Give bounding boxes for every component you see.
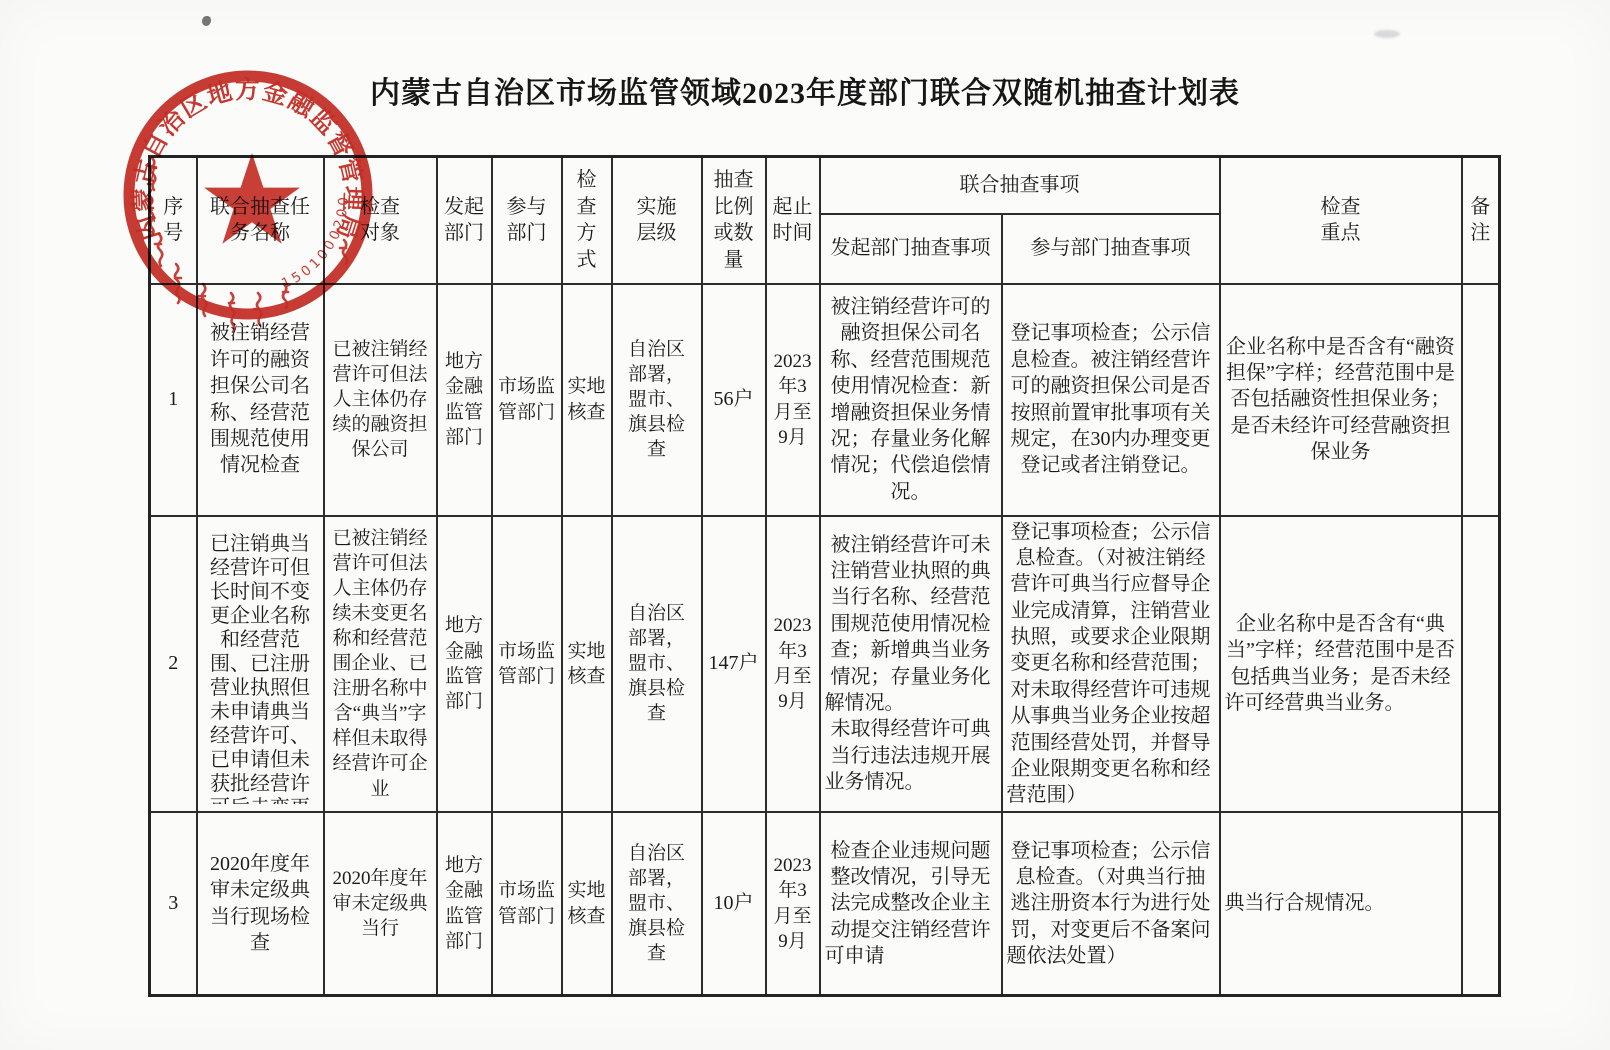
cell-focus: 企业名称中是否含有“典当”字样；经营范围中是否包括典当业务；是否未经许可经营典当… (1220, 516, 1462, 812)
cell-participant-items: 登记事项检查；公示信息检查。（对典当行抽逃注册资本行为进行处罚，对变更后不备案问… (1002, 812, 1220, 996)
cell-method: 实地 核查 (562, 284, 612, 516)
cell-initiator-items: 检查企业违规问题整改情况，引导无法完成整改企业主动提交注销经营许可申请 (820, 812, 1002, 996)
cell-period: 2023 年3 月至 9月 (766, 284, 820, 516)
scan-smudge (1374, 30, 1400, 38)
cell-level: 自治区 部署， 盟市、 旗县检 查 (612, 812, 702, 996)
cell-participant: 市场监 管部门 (492, 516, 562, 812)
header-initiator: 发起 部门 (437, 157, 492, 284)
header-participant-items: 参与部门抽查事项 (1002, 214, 1220, 284)
table-row: 2 已注销典当经营许可但长时间不变更企业名称和经营范围、已注册营业执照但未申请典… (150, 516, 1500, 812)
header-target: 检查 对象 (324, 157, 437, 284)
header-focus: 检查 重点 (1220, 157, 1462, 284)
cell-target: 已被注销经营许可但法人主体仍存续的融资担保公司 (324, 284, 437, 516)
cell-level: 自治区 部署， 盟市、 旗县检 查 (612, 516, 702, 812)
cell-initiator-items: 被注销经营许可的融资担保公司名称、经营范围规范使用情况检查：新增融资担保业务情况… (820, 284, 1002, 516)
header-quantity: 抽查 比例 或数 量 (702, 157, 766, 284)
cell-initiator-items: 被注销经营许可未注销营业执照的典当行名称、经营范围规范使用情况检查；新增典当业务… (820, 516, 1002, 812)
cell-task: 2020年度年审未定级典当行现场检查 (197, 812, 324, 996)
header-task-name: 联合抽查任 务名称 (197, 157, 324, 284)
cell-initiator: 地方 金融 监管 部门 (437, 516, 492, 812)
cell-period: 2023 年3 月至 9月 (766, 812, 820, 996)
header-remark: 备注 (1462, 157, 1500, 284)
header-level: 实施 层级 (612, 157, 702, 284)
header-initiator-items: 发起部门抽查事项 (820, 214, 1002, 284)
cell-target: 已被注销经营许可但法人主体仍存续未变更名称和经营范围企业、已注册名称中含“典当”… (324, 516, 437, 812)
header-period: 起止 时间 (766, 157, 820, 284)
cell-remark (1462, 516, 1500, 812)
cell-index: 2 (150, 516, 197, 812)
cell-initiator: 地方 金融 监管 部门 (437, 812, 492, 996)
scan-smudge (202, 16, 211, 26)
cell-participant-items: 登记事项检查；公示信息检查。（对被注销经营许可典当行应督导企业完成清算，注销营业… (1002, 516, 1220, 812)
cell-focus: 典当行合规情况。 (1220, 812, 1462, 996)
cell-index: 3 (150, 812, 197, 996)
cell-remark (1462, 284, 1500, 516)
cell-task: 被注销经营许可的融资担保公司名称、经营范围规范使用情况检查 (197, 284, 324, 516)
cell-target: 2020年度年审未定级典当行 (324, 812, 437, 996)
cell-task: 已注销典当经营许可但长时间不变更企业名称和经营范围、已注册营业执照但未申请典当经… (197, 516, 324, 812)
cell-quantity: 147户 (702, 516, 766, 812)
cell-remark (1462, 812, 1500, 996)
cell-participant: 市场监 管部门 (492, 812, 562, 996)
cell-quantity: 56户 (702, 284, 766, 516)
inspection-plan-table: 序号 联合抽查任 务名称 检查 对象 发起 部门 参与 部门 检 查 方 式 实… (148, 155, 1501, 997)
cell-participant-items: 登记事项检查；公示信息检查。被注销经营许可的融资担保公司是否按照前置审批事项有关… (1002, 284, 1220, 516)
header-participant: 参与 部门 (492, 157, 562, 284)
header-index: 序号 (150, 157, 197, 284)
table-row: 1 被注销经营许可的融资担保公司名称、经营范围规范使用情况检查 已被注销经营许可… (150, 284, 1500, 516)
header-method: 检 查 方 式 (562, 157, 612, 284)
cell-period: 2023 年3 月至 9月 (766, 516, 820, 812)
header-joint-items: 联合抽查事项 (820, 157, 1220, 214)
cell-index: 1 (150, 284, 197, 516)
cell-participant: 市场监 管部门 (492, 284, 562, 516)
cell-method: 实地 核查 (562, 516, 612, 812)
cell-method: 实地 核查 (562, 812, 612, 996)
cell-level: 自治区 部署， 盟市、 旗县检 查 (612, 284, 702, 516)
cell-focus: 企业名称中是否含有“融资担保”字样；经营范围中是否包括融资性担保业务；是否未经许… (1220, 284, 1462, 516)
page-title: 内蒙古自治区市场监管领域2023年度部门联合双随机抽查计划表 (0, 68, 1610, 112)
cell-quantity: 10户 (702, 812, 766, 996)
document-page: 内蒙古自治区市场监管领域2023年度部门联合双随机抽查计划表 序号 联合抽查任 … (0, 0, 1610, 1050)
table-row: 3 2020年度年审未定级典当行现场检查 2020年度年审未定级典当行 地方 金… (150, 812, 1500, 996)
cell-initiator: 地方 金融 监管 部门 (437, 284, 492, 516)
